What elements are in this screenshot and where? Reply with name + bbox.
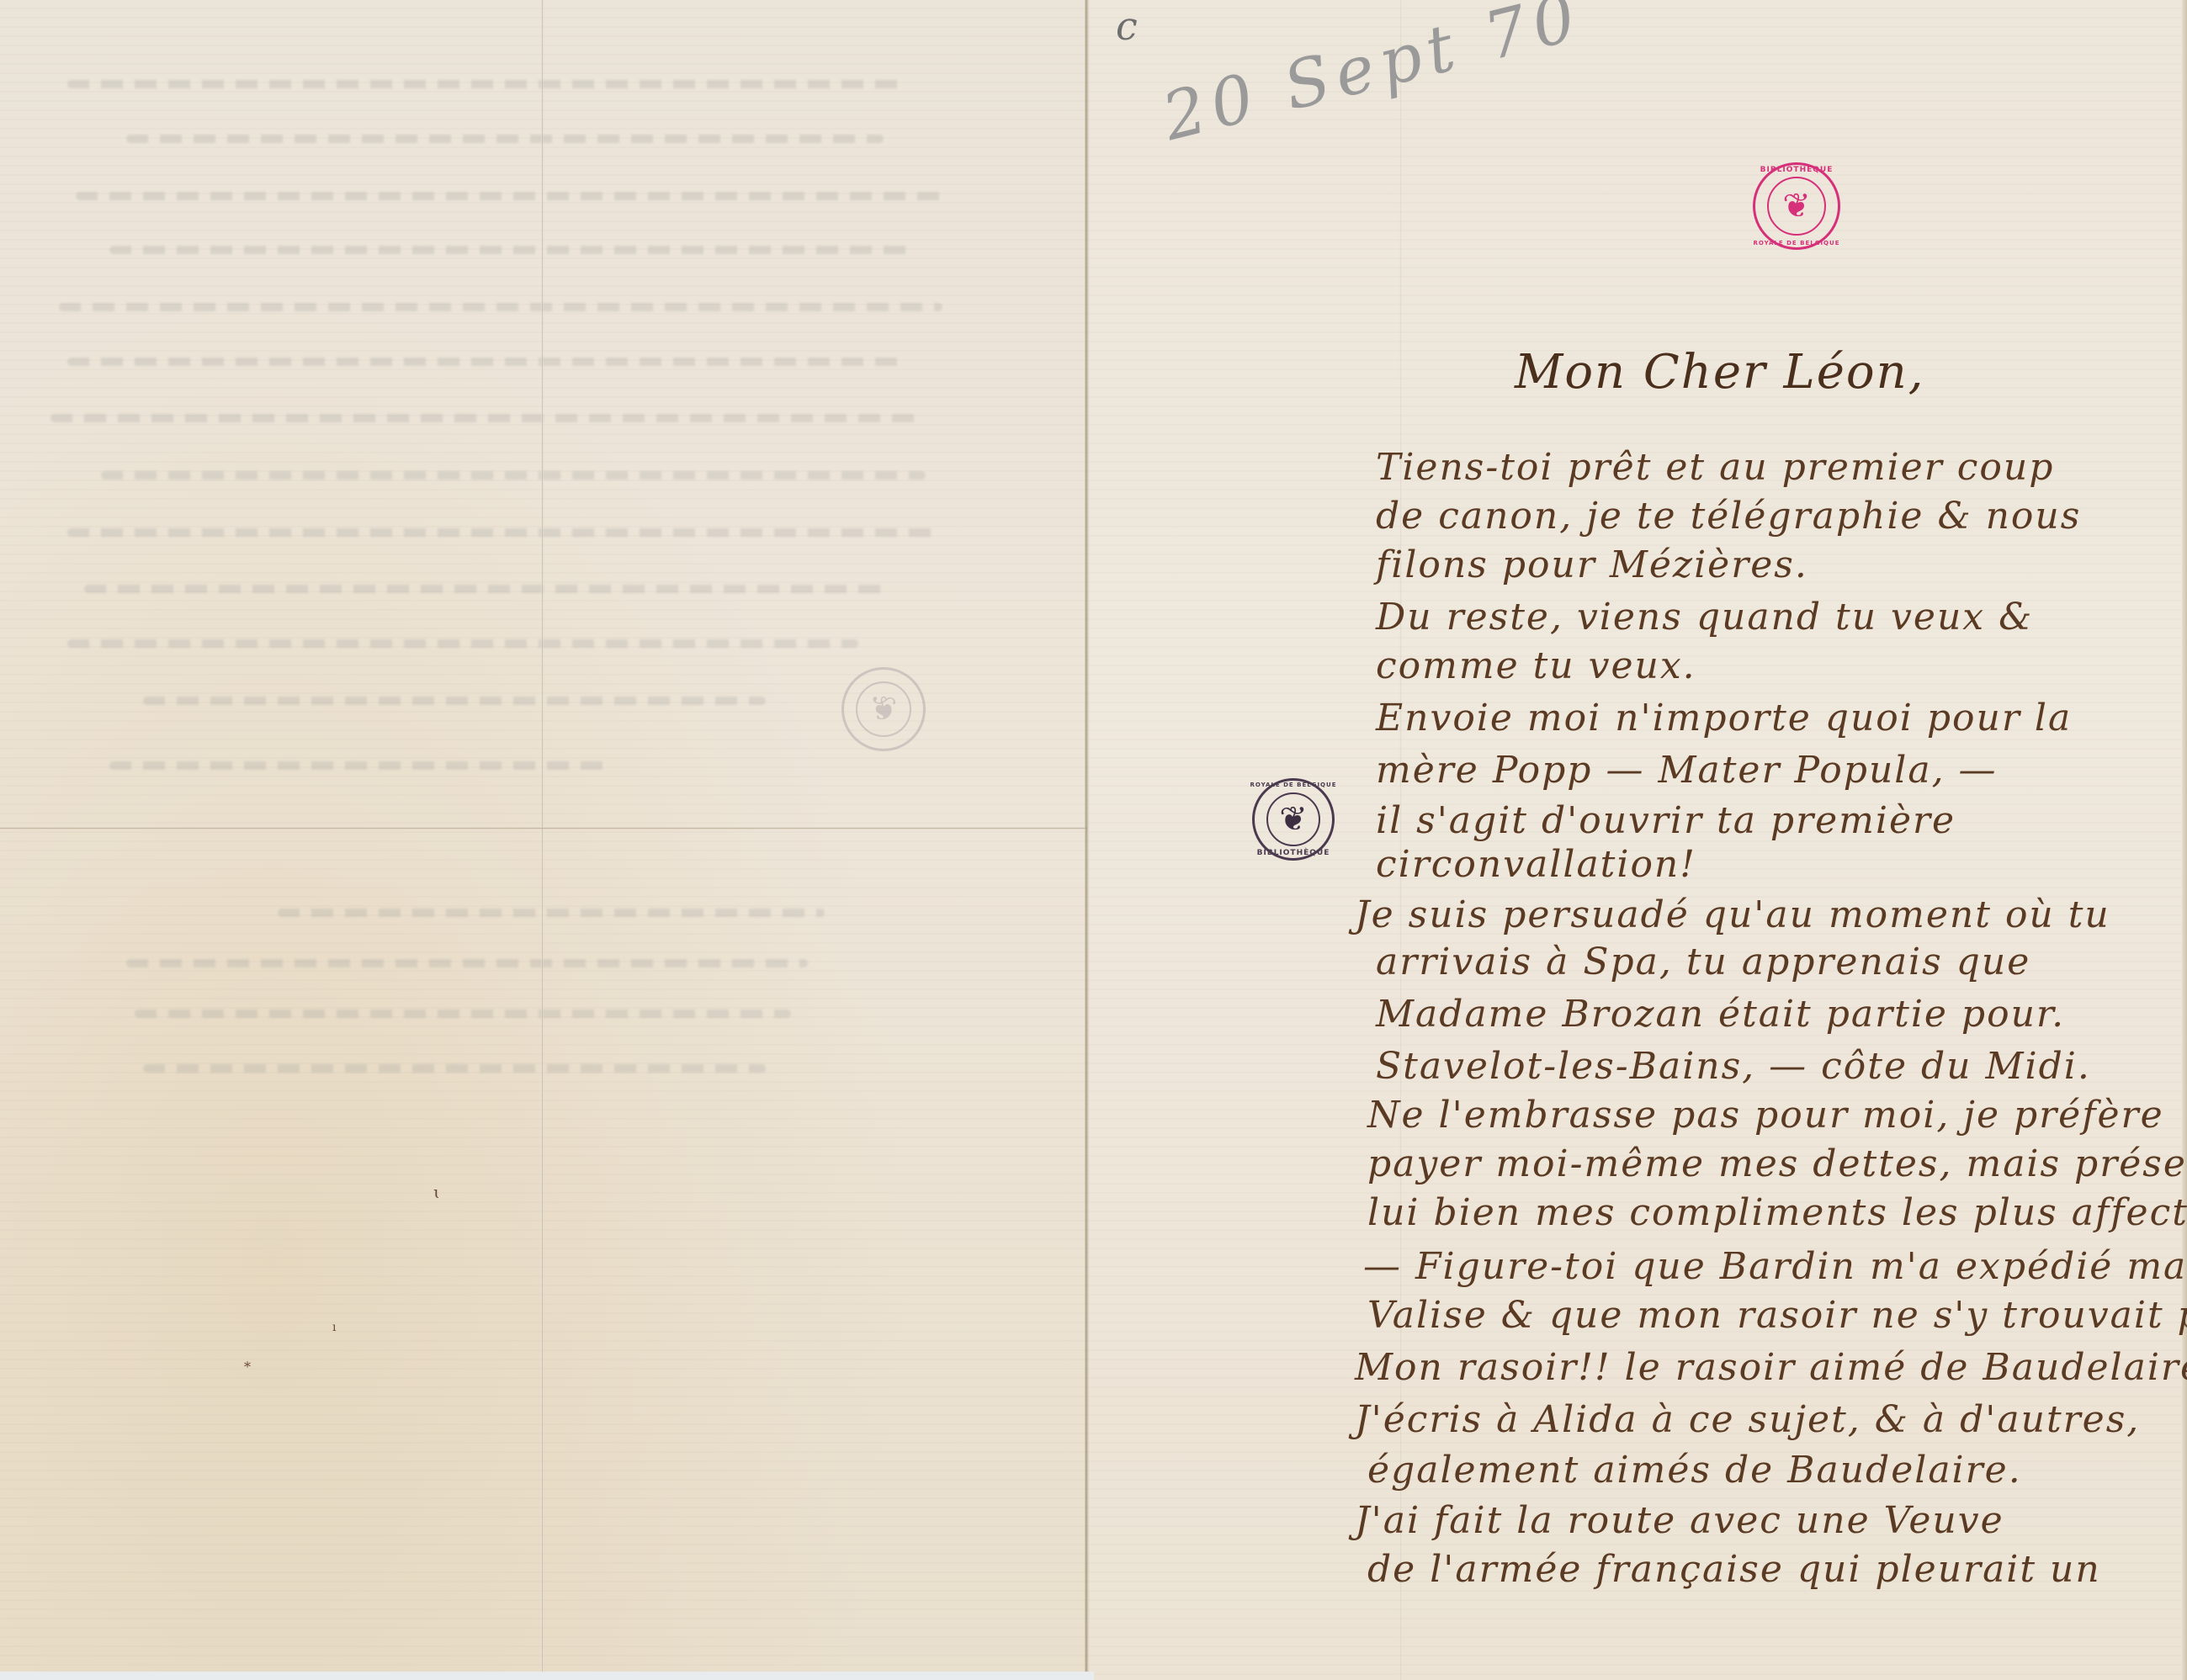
page-edge (2182, 0, 2187, 1680)
letter-line: il s'agit d'ouvrir ta première (1376, 799, 1956, 842)
bleed-through-line (101, 471, 926, 480)
letter-line: J'écris à Alida à ce sujet, & à d'autres… (1355, 1398, 2140, 1441)
library-stamp-pink: BIBLIOTHÈQUE ❦ ROYALE DE BELGIQUE (1753, 162, 1840, 250)
bleed-through-line (143, 1064, 766, 1073)
left-page: ɩ ⁎ ı (0, 0, 1087, 1680)
lion-emblem-icon: ❦ (1279, 803, 1308, 836)
bleed-through-line (135, 1010, 791, 1018)
bleed-through-line (67, 80, 909, 88)
lion-emblem-icon: ❦ (1782, 189, 1811, 223)
stamp-text-top: BIBLIOTHÈQUE (1760, 166, 1834, 174)
bleed-through-line (126, 135, 884, 143)
letter-line: de canon, je te télégraphie & nous (1376, 495, 2081, 538)
letter-line: arrivais à Spa, tu apprenais que (1376, 941, 2030, 983)
letter-line: circonvallation! (1376, 843, 1696, 886)
bleed-through-line (50, 414, 926, 422)
library-stamp-purple: ROYALE DE BELGIQUE ❦ BIBLIOTHÈQUE (1252, 778, 1335, 861)
letter-line: Envoie moi n'importe quoi pour la (1376, 697, 2072, 739)
bleed-through-line (67, 358, 909, 366)
ink-speck: ɩ (433, 1182, 440, 1202)
bleed-through-line (278, 909, 825, 917)
letter-line: également aimés de Baudelaire. (1367, 1449, 2022, 1492)
stamp-text-top: ROYALE DE BELGIQUE (1250, 782, 1337, 788)
stamp-text-bottom: ROYALE DE BELGIQUE (1754, 240, 1840, 246)
bleed-through-line (76, 192, 951, 200)
bleed-through-line (59, 303, 942, 311)
letter-line: Tiens-toi prêt et au premier coup (1376, 446, 2054, 489)
letter-line: de l'armée française qui pleurait un (1367, 1548, 2101, 1591)
stamp-text-bottom: BIBLIOTHÈQUE (1257, 849, 1330, 857)
letter-line: comme tu veux. (1376, 644, 1696, 687)
letter-line: lui bien mes compliments les plus affect… (1367, 1191, 2187, 1234)
letter-line: Mon rasoir!! le rasoir aimé de Baudelair… (1355, 1346, 2187, 1389)
letter-line: Stavelot-les-Bains, — côte du Midi. (1376, 1045, 2091, 1088)
bleed-through-line (126, 959, 808, 967)
letter-line: filons pour Mézières. (1376, 543, 1808, 586)
page-seam (1085, 0, 1088, 1680)
pencil-corner-mark: c (1116, 3, 1138, 49)
library-stamp-bleed-through: ❦ (841, 667, 926, 751)
vertical-fold (541, 0, 544, 1680)
letter-line: — Figure-toi que Bardin m'a expédié ma (1363, 1245, 2187, 1288)
letter-line: Valise & que mon rasoir ne s'y trouvait … (1367, 1294, 2187, 1337)
ink-speck: ı (332, 1321, 336, 1334)
horizontal-fold (0, 827, 1087, 829)
letter-line: Ne l'embrasse pas pour moi, je préfère (1367, 1094, 2164, 1137)
letter-line: Je suis persuadé qu'au moment où tu (1355, 893, 2110, 936)
bleed-through-line (109, 761, 614, 770)
letter-salutation: Mon Cher Léon, (1515, 345, 1924, 400)
ink-speck: ⁎ (244, 1354, 251, 1370)
scan-margin (0, 1672, 1094, 1680)
bleed-through-line (67, 528, 934, 537)
letter-line: Madame Brozan était partie pour. (1376, 993, 2065, 1036)
bleed-through-line (84, 585, 892, 593)
bleed-through-line (109, 246, 909, 254)
letter-line: payer moi-même mes dettes, mais présente (1367, 1142, 2187, 1185)
letter-line: mère Popp — Mater Popula, — (1376, 749, 1998, 792)
letter-line: J'ai fait la route avec une Veuve (1355, 1499, 2004, 1542)
bleed-through-line (143, 697, 766, 705)
letter-line: Du reste, viens quand tu veux & (1376, 596, 2033, 639)
lion-emblem-icon: ❦ (869, 692, 898, 726)
bleed-through-line (67, 639, 858, 648)
